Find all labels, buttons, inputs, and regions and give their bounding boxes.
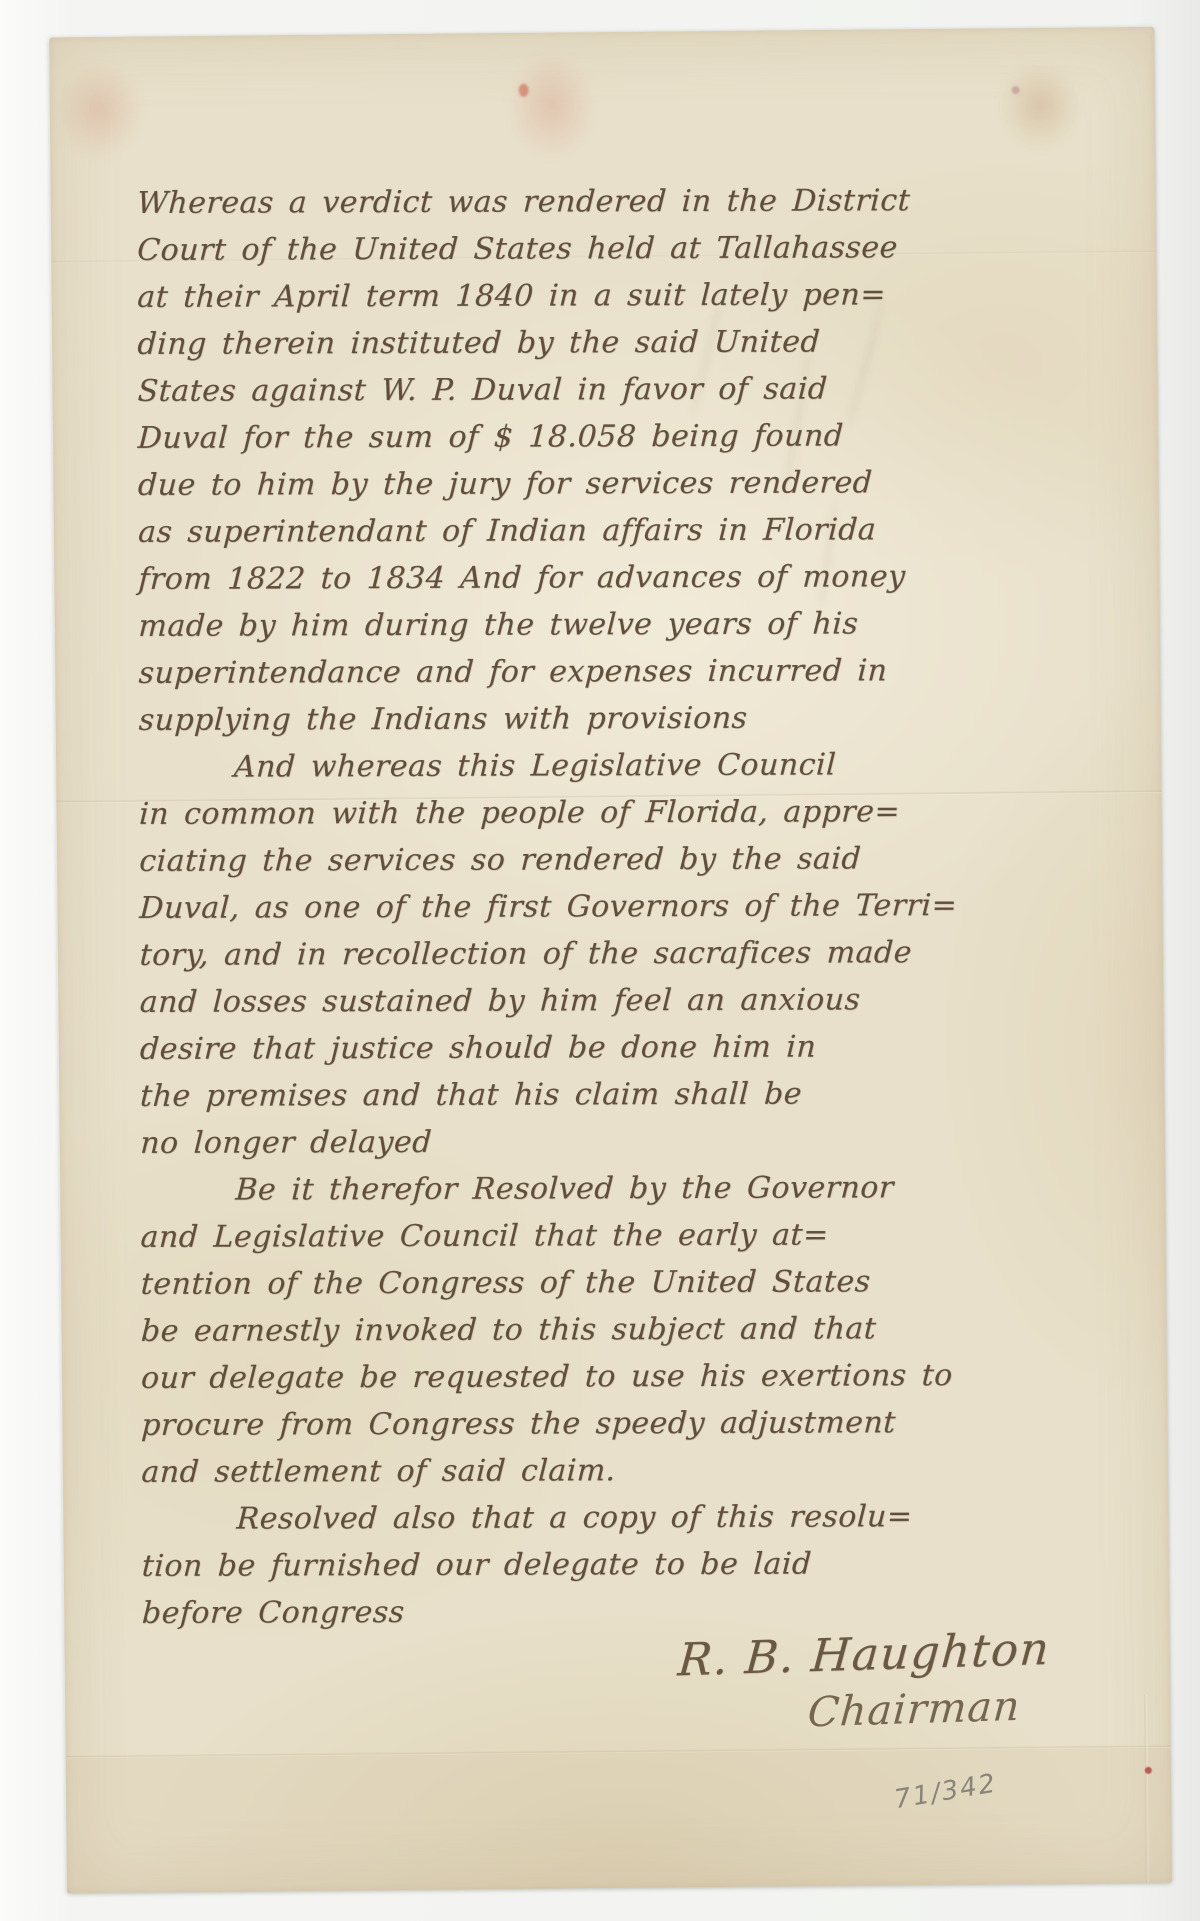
manuscript-line: Duval for the sum of $ 18.058 being foun… xyxy=(137,412,999,462)
manuscript-line: desire that justice should be done him i… xyxy=(139,1023,1001,1073)
manuscript-line: Resolved also that a copy of this resolu… xyxy=(140,1493,1002,1543)
document-scan: Whereas a verdict was rendered in the Di… xyxy=(0,0,1200,1921)
manuscript-line: be earnestly invoked to this subject and… xyxy=(140,1305,1002,1355)
manuscript-line: States against W. P. Duval in favor of s… xyxy=(137,365,999,415)
manuscript-line: no longer delayed xyxy=(139,1117,1001,1167)
signature-title: Chairman xyxy=(806,1681,1054,1737)
manuscript-line: at their April term 1840 in a suit latel… xyxy=(136,271,998,321)
manuscript-line: and losses sustained by him feel an anxi… xyxy=(139,976,1001,1026)
manuscript-text: Whereas a verdict was rendered in the Di… xyxy=(137,177,1002,1637)
manuscript-line: due to him by the jury for services rend… xyxy=(137,459,999,509)
manuscript-line: procure from Congress the speedy adjustm… xyxy=(140,1399,1002,1449)
manuscript-line: as superintendant of Indian affairs in F… xyxy=(137,506,999,556)
red-ink-dot xyxy=(1145,1767,1152,1774)
manuscript-line: Duval, as one of the first Governors of … xyxy=(138,882,1000,932)
manuscript-line: the premises and that his claim shall be xyxy=(139,1070,1001,1120)
manuscript-page: Whereas a verdict was rendered in the Di… xyxy=(49,27,1172,1894)
signature-name: R. B. Haughton xyxy=(676,1622,1052,1687)
manuscript-line: tention of the Congress of the United St… xyxy=(140,1258,1002,1308)
manuscript-line: And whereas this Legislative Council xyxy=(138,741,1000,791)
manuscript-line: Be it therefor Resolved by the Governor xyxy=(139,1164,1001,1214)
manuscript-line: supplying the Indians with provisions xyxy=(138,694,1000,744)
stain-top-left xyxy=(53,59,144,160)
manuscript-line: Whereas a verdict was rendered in the Di… xyxy=(136,177,998,227)
purple-ink-fleck xyxy=(1012,86,1020,94)
manuscript-line: made by him during the twelve years of h… xyxy=(137,600,999,650)
red-ink-fleck xyxy=(519,84,529,97)
manuscript-line: tion be furnished our delegate to be lai… xyxy=(141,1540,1003,1590)
manuscript-line: our delegate be requested to use his exe… xyxy=(140,1352,1002,1402)
manuscript-line: tory, and in recollection of the sacrafi… xyxy=(139,929,1001,979)
manuscript-line: and Legislative Council that the early a… xyxy=(139,1211,1001,1261)
manuscript-line: ciating the services so rendered by the … xyxy=(138,835,1000,885)
stain-top-right xyxy=(997,60,1082,151)
manuscript-line: from 1822 to 1834 And for advances of mo… xyxy=(137,553,999,603)
paper-discoloration-band xyxy=(66,1747,1172,1894)
manuscript-line: Court of the United States held at Talla… xyxy=(136,224,998,274)
stain-top-center xyxy=(506,50,597,161)
manuscript-line: ding therein instituted by the said Unit… xyxy=(136,318,998,368)
manuscript-line: in common with the people of Florida, ap… xyxy=(138,788,1000,838)
manuscript-line: superintendance and for expenses incurre… xyxy=(138,647,1000,697)
manuscript-line: and settlement of said claim. xyxy=(140,1446,1002,1496)
signature-block: R. B. Haughton Chairman xyxy=(677,1622,1052,1740)
